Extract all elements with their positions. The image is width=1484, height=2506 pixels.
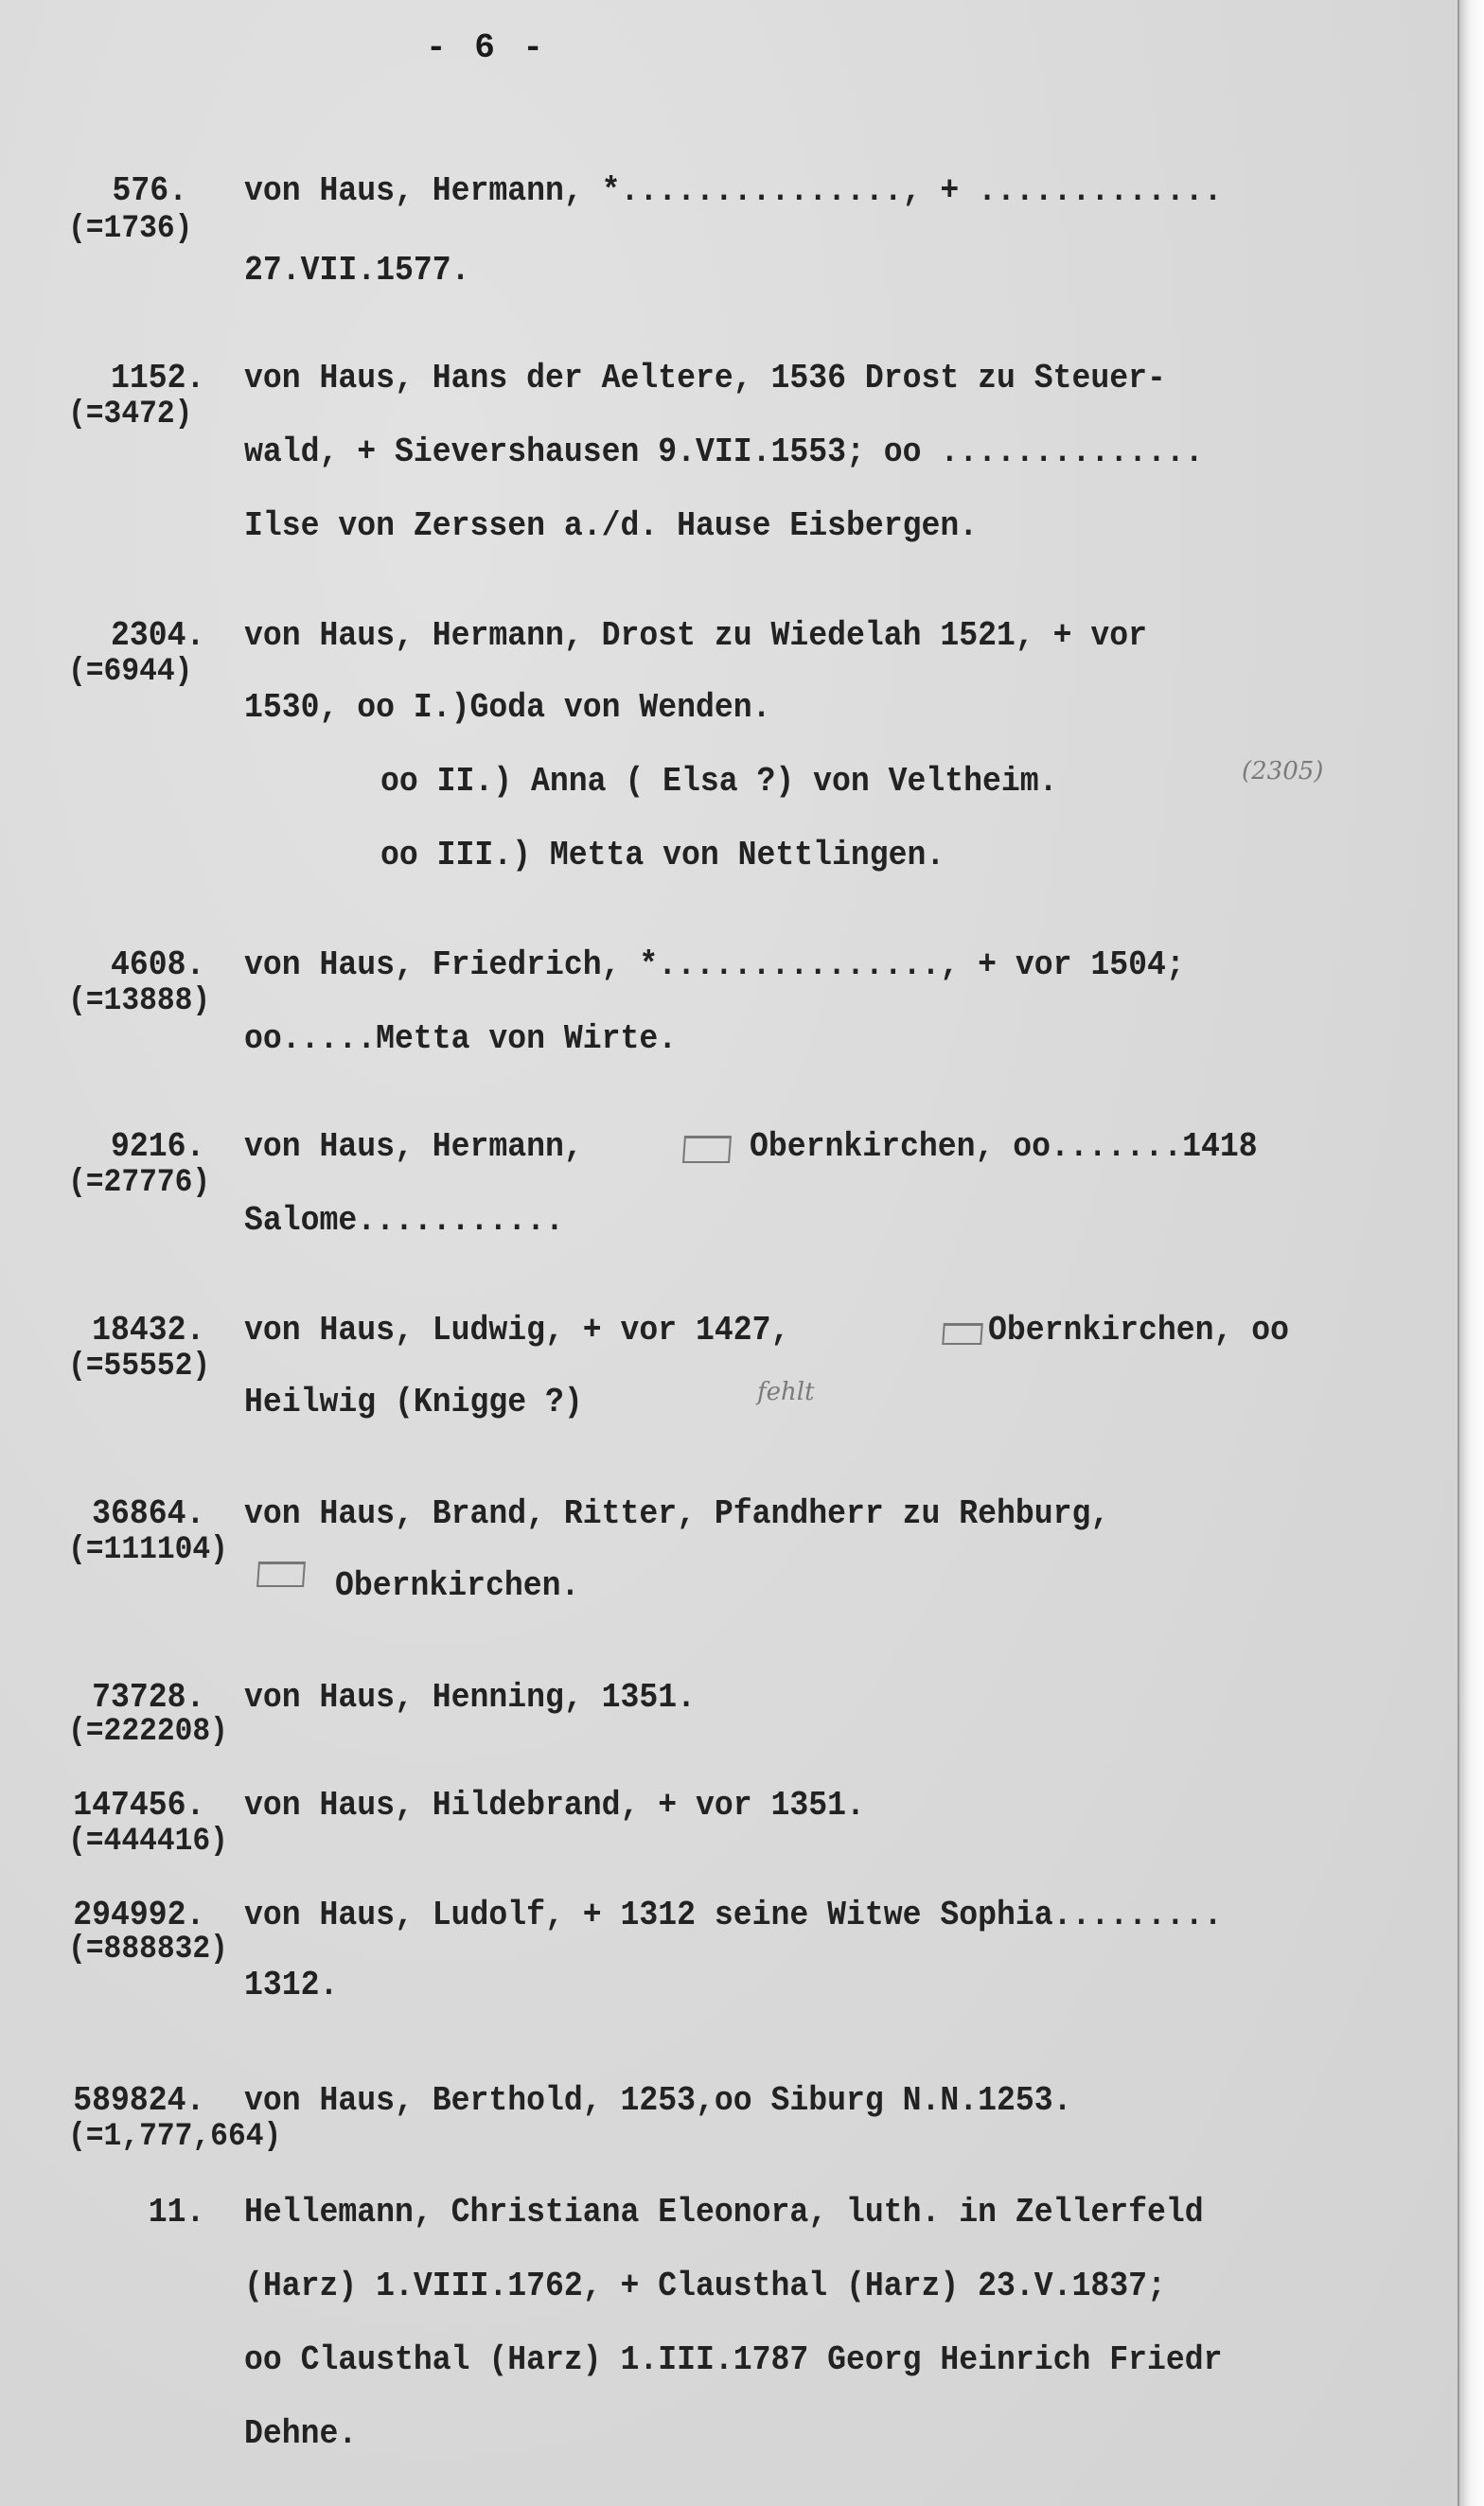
entry-line: 27.VII.1577. bbox=[244, 252, 470, 290]
entry-line: Salome........... bbox=[244, 1202, 564, 1240]
entry-line: von Haus, Hans der Aeltere, 1536 Drost z… bbox=[244, 360, 1166, 397]
entry-line: von Haus, Ludwig, + vor 1427, bbox=[244, 1312, 789, 1350]
entry-number: 576. bbox=[57, 172, 187, 210]
entry-number: 1152. bbox=[57, 360, 204, 397]
entry-line: von Haus, Hermann, *..............., + .… bbox=[244, 172, 1223, 210]
entry-line: von Haus, Henning, 1351. bbox=[244, 1679, 696, 1717]
entry-equivalent: (=444416) bbox=[68, 1823, 228, 1861]
entry-line: Ilse von Zerssen a./d. Hause Eisbergen. bbox=[244, 507, 978, 545]
entry-number: 4608. bbox=[57, 946, 204, 984]
entry-equivalent: (=6944) bbox=[68, 653, 192, 691]
entry-line: Obernkirchen, oo.......1418 bbox=[750, 1128, 1258, 1166]
entry-number: 73728. bbox=[57, 1679, 204, 1717]
entry-line: Obernkirchen, oo bbox=[988, 1312, 1289, 1350]
entry-number: 589824. bbox=[57, 2082, 204, 2120]
entry-line: 1312. bbox=[244, 1967, 338, 2004]
page-edge bbox=[1457, 0, 1484, 2506]
entry-line: Obernkirchen. bbox=[335, 1567, 579, 1605]
entry-line: von Haus, Hildebrand, + vor 1351. bbox=[244, 1787, 865, 1825]
entry-line: von Haus, Hermann, Drost zu Wiedelah 152… bbox=[244, 617, 1147, 655]
entry-equivalent: (=13888) bbox=[68, 982, 210, 1020]
entry-line: Dehne. bbox=[244, 2415, 357, 2453]
entry-line: 1530, oo I.)Goda von Wenden. bbox=[244, 689, 771, 727]
monastery-symbol-icon bbox=[256, 1562, 306, 1587]
entry-number: 11. bbox=[57, 2194, 204, 2232]
entry-line: (Harz) 1.VIII.1762, + Clausthal (Harz) 2… bbox=[244, 2268, 1166, 2305]
monastery-symbol-icon bbox=[682, 1136, 732, 1163]
entry-equivalent: (=888832) bbox=[68, 1931, 228, 1968]
entry-line: von Haus, Friedrich, *..............., +… bbox=[244, 946, 1185, 984]
entry-line: von Haus, Ludolf, + 1312 seine Witwe Sop… bbox=[244, 1897, 1223, 1934]
entry-line: oo II.) Anna ( Elsa ?) von Veltheim. bbox=[380, 763, 1058, 801]
entry-number: 18432. bbox=[57, 1312, 204, 1350]
entry-equivalent: (=111104) bbox=[68, 1531, 228, 1569]
handwritten-note: fehlt bbox=[757, 1378, 815, 1406]
entry-equivalent: (=3472) bbox=[68, 396, 192, 433]
entry-number: 2304. bbox=[57, 617, 204, 655]
entry-equivalent: (=1736) bbox=[68, 210, 192, 248]
entry-equivalent: (=1,777,664) bbox=[68, 2118, 281, 2156]
entry-line: oo III.) Metta von Nettlingen. bbox=[380, 837, 945, 874]
entry-line: von Haus, Hermann, bbox=[244, 1128, 583, 1166]
entry-line: oo Clausthal (Harz) 1.III.1787 Georg Hei… bbox=[244, 2341, 1223, 2379]
handwritten-note: (2305) bbox=[1242, 757, 1323, 785]
entry-line: von Haus, Berthold, 1253,oo Siburg N.N.1… bbox=[244, 2082, 1072, 2120]
entry-line: oo.....Metta von Wirte. bbox=[244, 1020, 677, 1058]
entry-line: Hellemann, Christiana Eleonora, luth. in… bbox=[244, 2194, 1204, 2232]
entry-line: wald, + Sievershausen 9.VII.1553; oo ...… bbox=[244, 433, 1204, 471]
entry-equivalent: (=55552) bbox=[68, 1348, 210, 1385]
page-number: - 6 - bbox=[426, 28, 547, 67]
entry-line: Heilwig (Knigge ?) bbox=[244, 1384, 583, 1421]
entry-line: von Haus, Brand, Ritter, Pfandherr zu Re… bbox=[244, 1495, 1109, 1533]
entry-equivalent: (=222208) bbox=[68, 1713, 228, 1751]
monastery-symbol-icon bbox=[942, 1323, 983, 1345]
entry-equivalent: (=27776) bbox=[68, 1164, 210, 1202]
entry-number: 294992. bbox=[57, 1897, 204, 1934]
entry-number: 147456. bbox=[57, 1787, 204, 1825]
entry-number: 36864. bbox=[57, 1495, 204, 1533]
entry-number: 9216. bbox=[57, 1128, 204, 1166]
